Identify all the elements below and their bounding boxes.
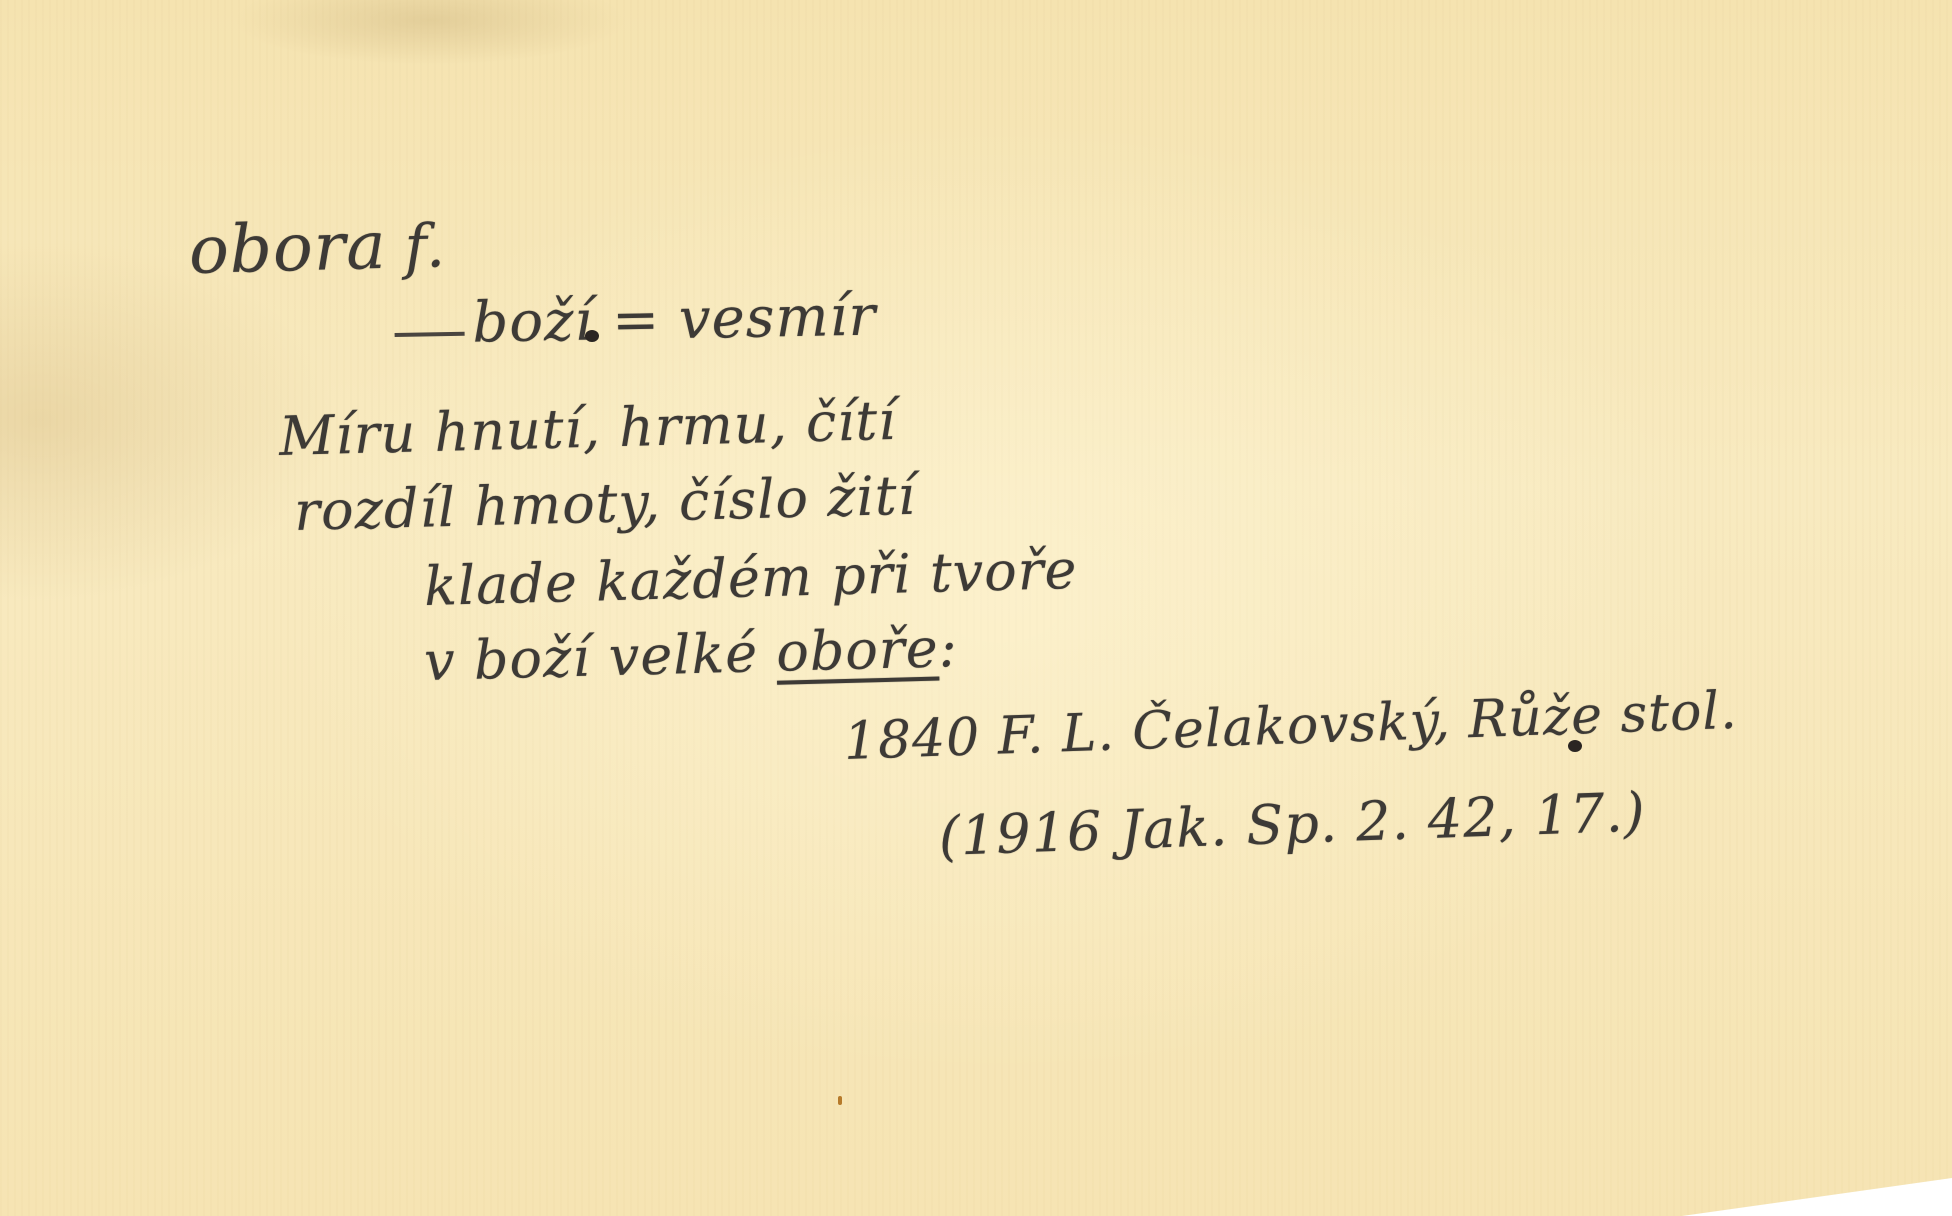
quotation-trailing-punct: : bbox=[938, 616, 959, 679]
quotation-line-1: Míru hnutí, hrmu, čítí bbox=[278, 389, 897, 468]
grammar-label: f. bbox=[404, 211, 447, 282]
headword: obora bbox=[188, 207, 388, 289]
quotation-line-3: klade každém při tvoře bbox=[423, 538, 1078, 618]
scan-corner bbox=[1682, 1178, 1952, 1216]
ink-blot bbox=[1568, 740, 1582, 752]
paper-speck bbox=[838, 1096, 842, 1105]
dictionary-slip: oboraf. boží = vesmír Míru hnutí, hrmu, … bbox=[0, 0, 1952, 1216]
dash-mark bbox=[395, 331, 465, 336]
quotation-line-4: v boží velké oboře: bbox=[423, 616, 958, 693]
headword-line: oboraf. bbox=[188, 205, 447, 289]
quotation-line-4-text: v boží velké bbox=[423, 621, 777, 693]
quotation-line-2: rozdíl hmoty, číslo žití bbox=[293, 464, 916, 543]
sense-line: boží = vesmír bbox=[394, 284, 877, 357]
sense-text: boží = vesmír bbox=[472, 284, 877, 356]
attribution-line: 1840 F. L. Čelakovský, Růže stol. bbox=[843, 681, 1739, 772]
source-reference: (1916 Jak. Sp. 2. 42, 17.) bbox=[938, 780, 1647, 868]
ink-blot bbox=[585, 330, 599, 342]
underlined-headword-form: oboře bbox=[775, 617, 939, 684]
